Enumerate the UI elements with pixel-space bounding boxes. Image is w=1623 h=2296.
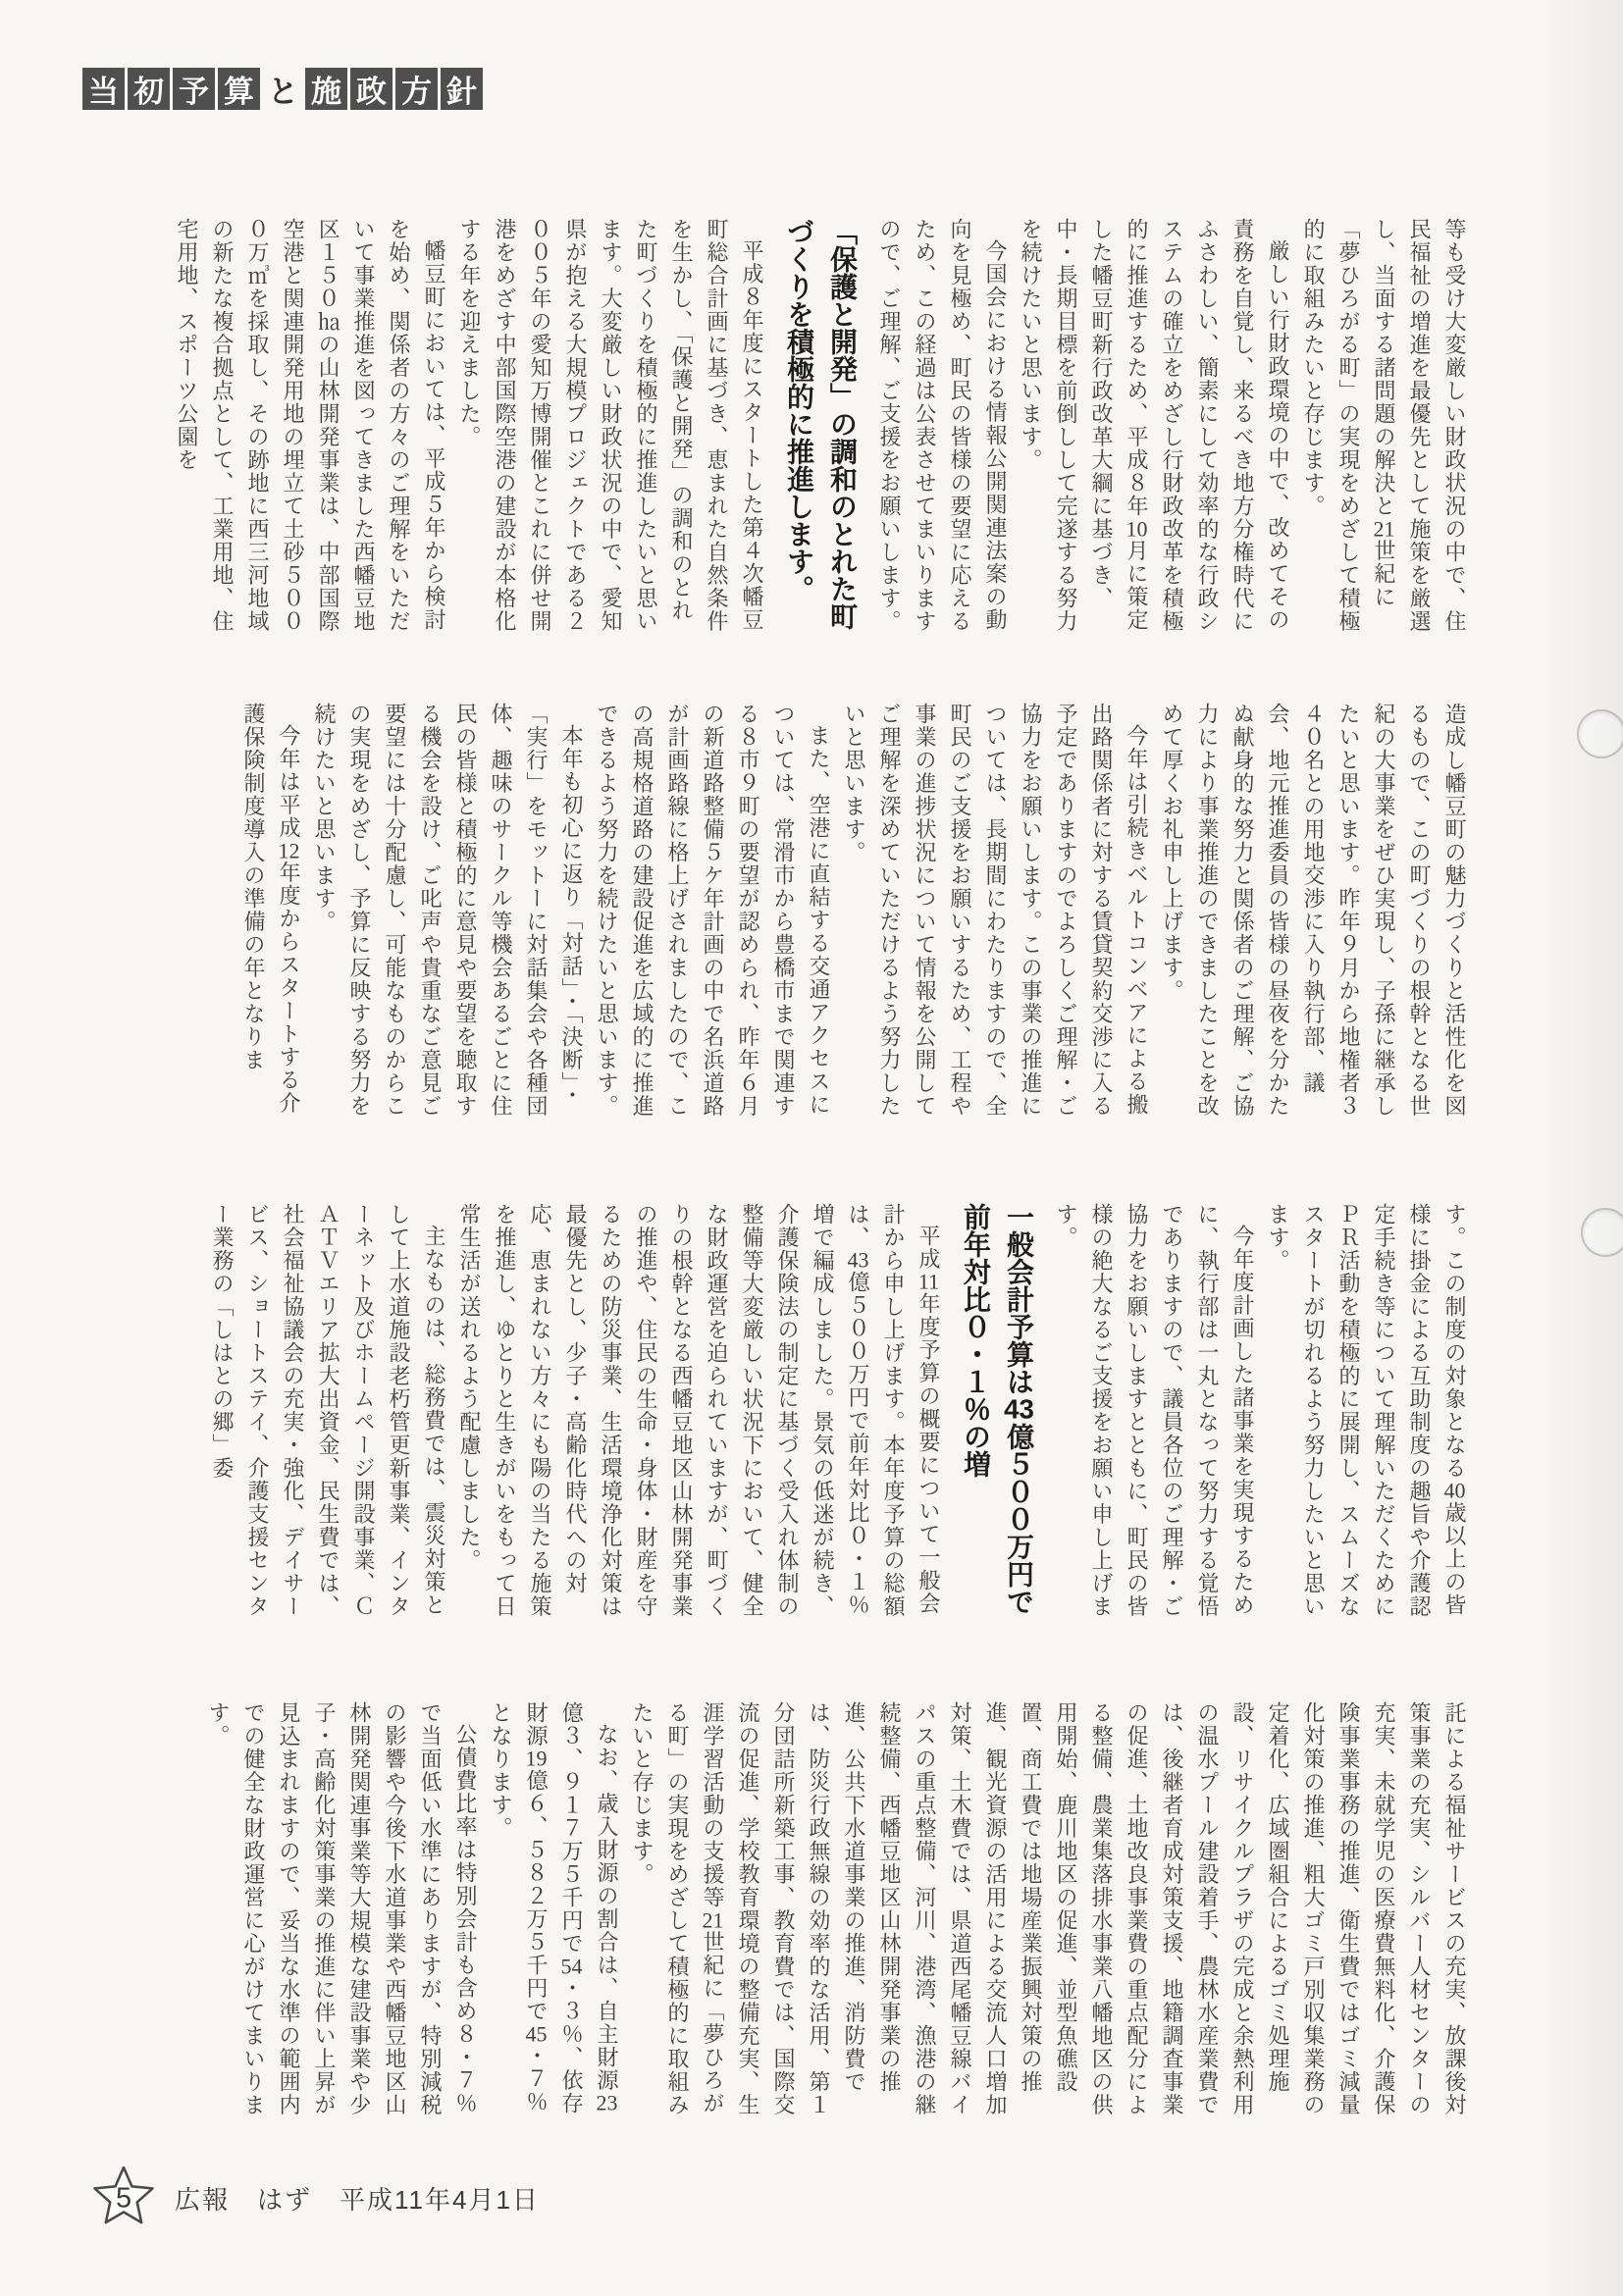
body-paragraph: 託による福祉サービスの充実、放課後対策事業の充実、シルバー人材センターの充実、未… [624, 1701, 1472, 2125]
body-paragraph: 平成11年度予算の概要について一般会計から申し上げます。本年度予算の総額は、43… [451, 1203, 946, 1627]
page-number-star-icon: 5 [92, 2166, 155, 2229]
body-paragraph: 今国会における情報公開関連法案の動向を見極め、町民の皆様の要望に応えるため、この… [871, 218, 1013, 644]
body-paragraph: なお、歳入財源の割合は、自主財源23億３、９１７万５千円で54・３％、依存財源1… [483, 1701, 624, 2125]
badge-char: 施 [305, 68, 347, 110]
badge-connector: と [268, 67, 298, 111]
article-band-4: 託による福祉サービスの充実、放課後対策事業の充実、シルバー人材センターの充実、未… [200, 1701, 1472, 2125]
body-paragraph: 幡豆町においては、平成５年から検討を始め、関係者の方々のご理解をいただいて事業推… [169, 218, 451, 644]
badge-char: 予 [173, 68, 215, 110]
body-paragraph: 公債費比率は特別会計も含め８・７％で当面低い水準にありますが、特別減税の影響や今… [200, 1701, 483, 2125]
badge-char: 政 [350, 68, 393, 110]
body-paragraph: 平成８年度にスタートした第４次幡豆町総合計画に基づき、恵まれた自然条件を生かし、… [451, 218, 769, 644]
badge-char: 針 [441, 68, 483, 110]
headline-protection-and-development: 「保護と開発」の調和のとれた町づくりを積極的に推進します。 [777, 218, 864, 644]
body-paragraph: 等も受け大変厳しい財政状況の中で、住民福祉の増進を最優先として施策を厳選し、当面… [1295, 218, 1472, 644]
article-band-2: 造成し幡豆町の魅力づくりと活性化を図るもので、この町づくりの根幹となる世紀の大事… [236, 703, 1472, 1128]
punch-hole [1577, 709, 1623, 758]
body-paragraph: 厳しい行財政環境の中で、改めてその責務を自覚し、来るべき地方分権時代にふさわしい… [1013, 218, 1295, 644]
newsletter-page: 当 初 予 算 と 施 政 方 針 等も受け大変厳しい財政状況の中で、住民福祉の… [0, 0, 1623, 2296]
body-paragraph: 今年は平成12年度からスタートする介護保険制度導入の準備の年となりま [236, 703, 306, 1128]
badge-char: 初 [128, 68, 170, 110]
body-paragraph: また、空港に直結する交通アクセスについては、常滑市から豊橋市まで関連する８市９町… [589, 703, 836, 1128]
body-paragraph: 本年も初心に返り「対話」・「決断」・「実行」をモットーに対話集会や各種団体、趣味… [306, 703, 589, 1128]
page-footer: 5 広報 はず 平成11年4月1日 [92, 2166, 540, 2229]
badge-char: 当 [82, 68, 125, 110]
body-paragraph: 造成し幡豆町の魅力づくりと活性化を図るもので、この町づくりの根幹となる世紀の大事… [1154, 703, 1472, 1128]
body-paragraph: 今年は引続きベルトコンベアによる搬出路関係者に対する賃貸契約交渉に入る予定であり… [836, 703, 1154, 1128]
body-paragraph: 今年度計画した諸事業を実現するために、執行部は一丸となって努力する覚悟であります… [1048, 1203, 1260, 1627]
headline-general-account-budget: 一般会計予算は43億５００万円で前年対比０・１％の増 [954, 1203, 1040, 1627]
body-paragraph: 主なものは、総務費では、震災対策として上水道施設老朽管更新事業、インターネット及… [204, 1203, 451, 1627]
article-band-3: す。この制度の対象となる40歳以上の皆様に掛金による互助制度の趣旨や介護認定手続… [204, 1203, 1472, 1627]
punch-hole [1581, 1208, 1623, 1257]
badge-char: 方 [395, 68, 438, 110]
badge-char: 算 [218, 68, 260, 110]
header-badge: 当 初 予 算 と 施 政 方 針 [82, 67, 486, 111]
page-number: 5 [116, 2182, 131, 2214]
publication-info: 広報 はず 平成11年4月1日 [175, 2180, 540, 2217]
body-paragraph: す。この制度の対象となる40歳以上の皆様に掛金による互助制度の趣旨や介護認定手続… [1260, 1203, 1472, 1627]
article-band-1: 等も受け大変厳しい財政状況の中で、住民福祉の増進を最優先として施策を厳選し、当面… [169, 218, 1472, 644]
